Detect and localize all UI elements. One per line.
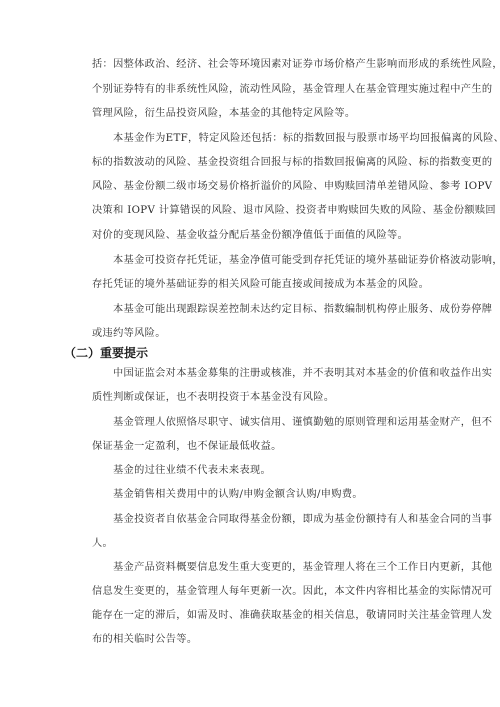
paragraph-line: 存托凭证的境外基础证券的相关风险可能直接或间接成为本基金的风险。 [92, 278, 429, 292]
paragraph-line: 能存在一定的滞后，如需及时、准确获取基金的相关信息，敬请同时关注基金管理人发 [92, 609, 492, 623]
paragraph-line: 基金的过往业绩不代表未来表现。 [113, 464, 271, 478]
paragraph-line: 决策和 IOPV 计算错误的风险、退市风险、投资者申购赎回失败的风险、基金份额赎… [92, 204, 496, 218]
paragraph-line: 对价的变现风险、基金收益分配后基金份额净值低于面值的风险等。 [92, 229, 408, 243]
paragraph-line: 基金产品资料概要信息发生重大变更的，基金管理人将在三个工作日内更新，其他 [113, 561, 492, 575]
paragraph-line: 本基金可投资存托凭证，基金净值可能受到存托凭证的境外基础证券价格波动影响， [113, 254, 500, 268]
paragraph-line: 布的相关临时公告等。 [92, 633, 197, 647]
paragraph-line: 质性判断或保证，也不表明投资于本基金没有风险。 [92, 391, 334, 405]
paragraph-line: 人。 [92, 537, 113, 551]
paragraph-line: 基金管理人依照恪尽职守、诚实信用、谨慎勤勉的原则管理和运用基金财产，但不 [113, 416, 492, 430]
paragraph-line: 或违约等风险。 [92, 327, 166, 341]
paragraph-line: 风险、基金份额二级市场交易价格折溢价的风险、申购赎回清单差错风险、参考 IOPV [92, 180, 492, 194]
paragraph-line: 基金销售相关费用中的认购/申购金额含认购/申购费。 [113, 488, 363, 502]
paragraph-line: 个别证券特有的非系统性风险，流动性风险，基金管理人在基金管理实施过程中产生的 [92, 83, 492, 97]
paragraph-line: 保证基金一定盈利，也不保证最低收益。 [92, 440, 282, 454]
paragraph-line: 基金投资者自依基金合同取得基金份额，即成为基金份额持有人和基金合同的当事 [113, 513, 492, 527]
paragraph-line: 标的指数波动的风险、基金投资组合回报与标的指数回报偏离的风险、标的指数变更的 [92, 156, 492, 170]
paragraph-line: 本基金作为ETF，特定风险还包括：标的指数回报与股票市场平均回报偏离的风险、 [113, 132, 500, 146]
paragraph-line: 信息发生变更的，基金管理人每年更新一次。因此，本文件内容相比基金的实际情况可 [92, 585, 492, 599]
paragraph-line: 中国证监会对本基金募集的注册或核准，并不表明其对本基金的价值和收益作出实 [113, 367, 492, 381]
section-heading-important-notice: （二）重要提示 [64, 345, 148, 361]
paragraph-line: 管理风险，衍生品投资风险，本基金的其他特定风险等。 [92, 107, 355, 121]
paragraph-line: 括：因整体政治、经济、社会等环境因素对证券市场价格产生影响而形成的系统性风险， [92, 58, 500, 72]
paragraph-line: 本基金可能出现跟踪误差控制未达约定目标、指数编制机构停止服务、成份券停牌 [113, 303, 492, 317]
